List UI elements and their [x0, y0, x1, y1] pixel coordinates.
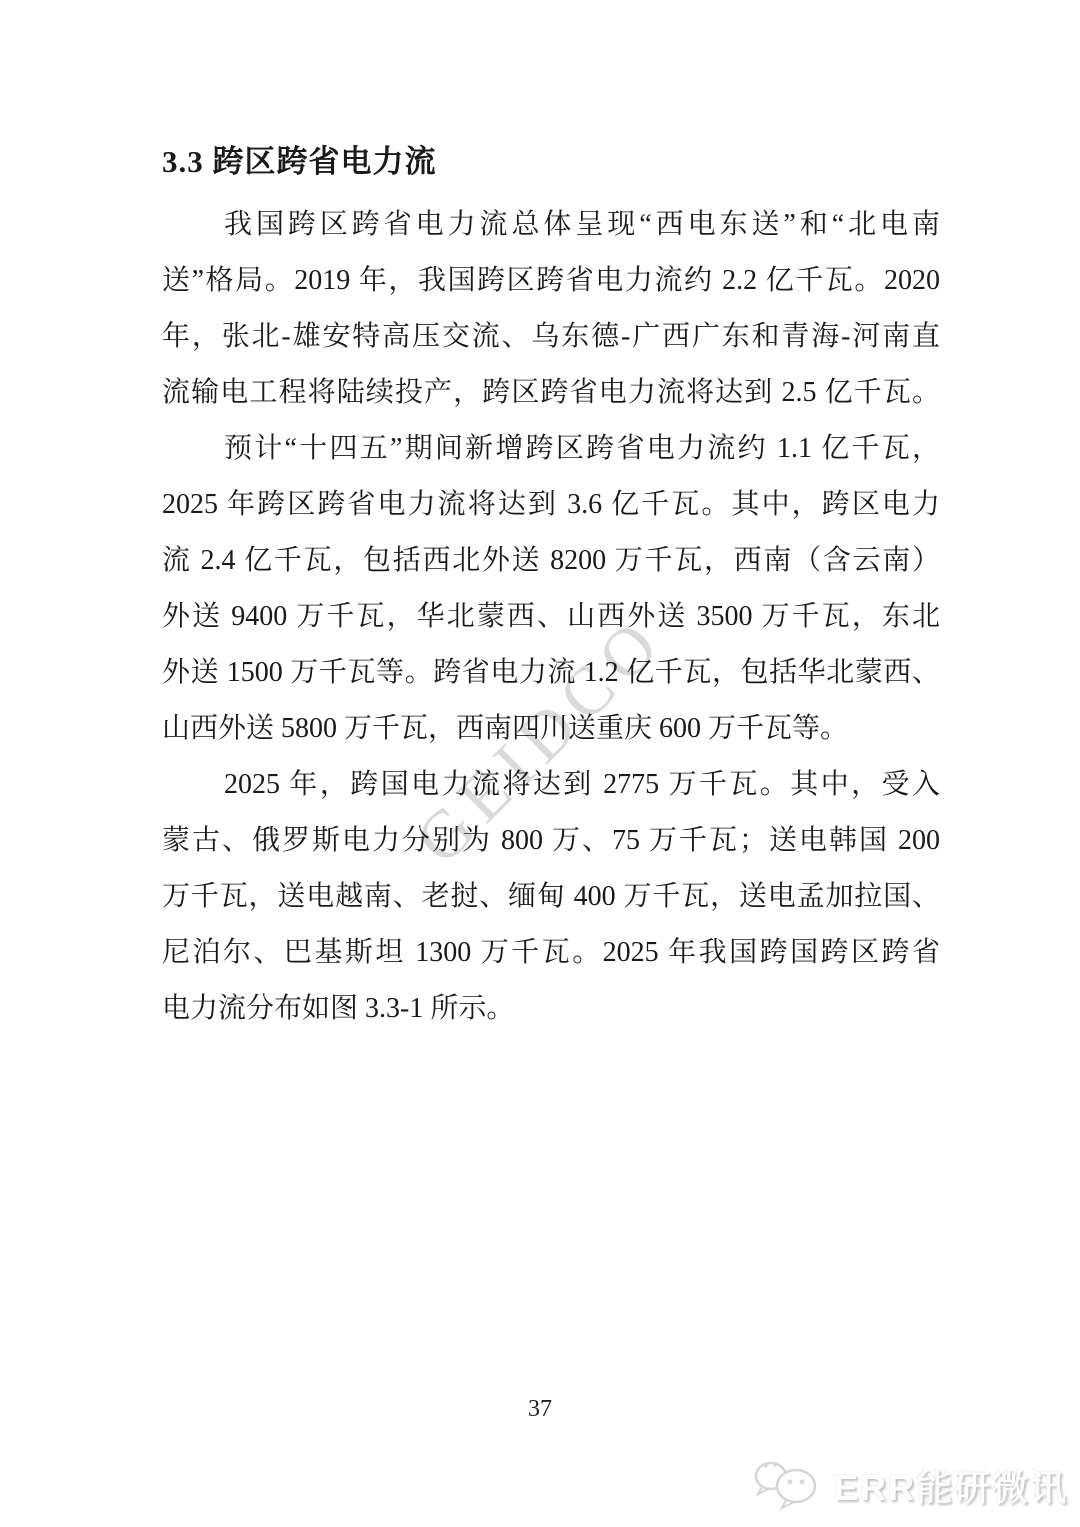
section-heading: 3.3 跨区跨省电力流: [162, 140, 940, 184]
text-line: 蒙古、俄罗斯电力分别为 800 万、75 万千瓦；送电韩国 200: [162, 813, 940, 869]
text-line: 流输电工程将陆续投产，跨区跨省电力流将达到 2.5 亿千瓦。: [162, 365, 940, 421]
document-page: GEIDCO 3.3 跨区跨省电力流 我国跨区跨省电力流总体呈现“西电东送”和“…: [0, 0, 1080, 1527]
text-line: 万千瓦，送电越南、老挝、缅甸 400 万千瓦，送电孟加拉国、: [162, 869, 940, 925]
text-line: 尼泊尔、巴基斯坦 1300 万千瓦。2025 年我国跨国跨区跨省: [162, 925, 940, 981]
text-line: 年，张北-雄安特高压交流、乌东德-广西广东和青海-河南直: [162, 309, 940, 365]
text-content: 3.3 跨区跨省电力流 我国跨区跨省电力流总体呈现“西电东送”和“北电南送”格局…: [162, 140, 940, 1037]
paragraph: 我国跨区跨省电力流总体呈现“西电东送”和“北电南送”格局。2019 年，我国跨区…: [162, 197, 940, 421]
brand-watermark-text: ERR能研微讯: [834, 1460, 1068, 1511]
paragraph: 预计“十四五”期间新增跨区跨省电力流约 1.1 亿千瓦，2025 年跨区跨省电力…: [162, 421, 940, 757]
text-line: 预计“十四五”期间新增跨区跨省电力流约 1.1 亿千瓦，: [162, 421, 940, 477]
text-line: 2025 年跨区跨省电力流将达到 3.6 亿千瓦。其中，跨区电力: [162, 477, 940, 533]
text-line: 外送 9400 万千瓦，华北蒙西、山西外送 3500 万千瓦，东北: [162, 589, 940, 645]
wechat-icon: [750, 1458, 824, 1512]
text-line: 2025 年，跨国电力流将达到 2775 万千瓦。其中，受入: [162, 757, 940, 813]
text-line: 山西外送 5800 万千瓦，西南四川送重庆 600 万千瓦等。: [162, 701, 940, 757]
text-line: 流 2.4 亿千瓦，包括西北外送 8200 万千瓦，西南（含云南）: [162, 533, 940, 589]
text-line: 电力流分布如图 3.3-1 所示。: [162, 981, 940, 1037]
text-line: 送”格局。2019 年，我国跨区跨省电力流约 2.2 亿千瓦。2020: [162, 253, 940, 309]
text-line: 外送 1500 万千瓦等。跨省电力流 1.2 亿千瓦，包括华北蒙西、: [162, 645, 940, 701]
page-number: 37: [0, 1396, 1080, 1423]
brand-watermark: ERR能研微讯: [750, 1458, 1068, 1512]
paragraph: 2025 年，跨国电力流将达到 2775 万千瓦。其中，受入蒙古、俄罗斯电力分别…: [162, 757, 940, 1037]
text-line: 我国跨区跨省电力流总体呈现“西电东送”和“北电南: [162, 197, 940, 253]
paragraphs-container: 我国跨区跨省电力流总体呈现“西电东送”和“北电南送”格局。2019 年，我国跨区…: [162, 197, 940, 1037]
